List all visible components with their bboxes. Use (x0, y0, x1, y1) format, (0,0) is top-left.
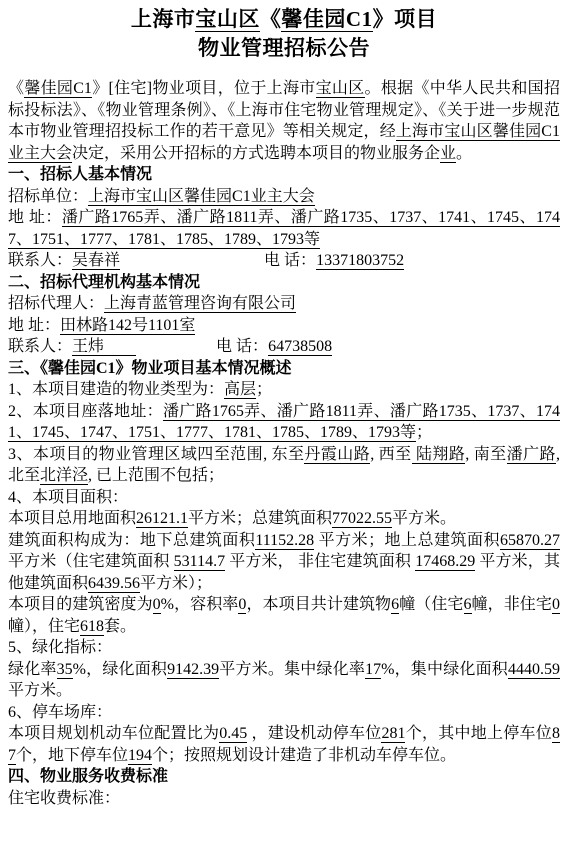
text-run: 3、本项目的物业管理区域四至范围, 东至 (8, 446, 304, 463)
text-run: 上海市 (131, 7, 196, 31)
document-title: 上海市宝山区《馨佳园C1》项目 物业管理招标公告 (8, 5, 560, 63)
paragraph: 5、绿化指标： (8, 637, 560, 659)
text-run: 建筑面积构成为：地下总建筑面积 (8, 532, 255, 549)
underlined-blank: 53114.7 (174, 553, 225, 571)
text-run: 住宅收费标准： (8, 790, 120, 807)
text-run: 招标单位： (8, 188, 88, 205)
paragraph: 本项目规划机动车位配置比为0.45 ，建设机动停车位281个，其中地上停车位87… (8, 723, 560, 766)
underlined-blank: 王炜 (72, 338, 136, 356)
underlined-blank: 吴春祥 (72, 252, 120, 270)
underlined-blank: 陆翔路 (412, 446, 466, 464)
underlined-blank: 潘广路 (507, 446, 556, 464)
text-run: 地 址： (8, 317, 60, 334)
text-run: ； (416, 424, 432, 441)
text-run: 绿化率 (8, 661, 57, 678)
underlined-blank: 6 (391, 596, 399, 614)
underlined-blank: 618 (80, 618, 104, 636)
underlined-blank: 业 (440, 145, 456, 163)
section-heading: 二、招标代理机构基本情况 (8, 272, 560, 294)
underlined-blank: 9142.39 (167, 661, 219, 679)
document-page: 上海市宝山区《馨佳园C1》项目 物业管理招标公告 《馨佳园C1》[住宅]物业项目… (0, 0, 568, 841)
text-run: 1、本项目建造的物业类型为： (8, 381, 224, 398)
paragraph: 招标代理人：上海青蓝管理咨询有限公司 (8, 293, 560, 315)
underlined-blank: 北洋泾 (40, 467, 88, 485)
text-run: 平方米。 (392, 510, 456, 527)
text-run: 平方米；地上总建筑面积 (314, 532, 500, 549)
underlined-blank: 11152.28 (255, 532, 314, 550)
text-run: %，容积率 (161, 596, 239, 613)
text-run: 二、招标代理机构基本情况 (8, 274, 200, 291)
underlined-blank: 上海市宝山区馨佳园C1业主大会 (88, 188, 315, 206)
text-run: 个，其中地上停车 (405, 725, 535, 742)
underlined-blank: 4440.59 (508, 661, 560, 679)
document-title-line1: 上海市宝山区《馨佳园C1》项目 (8, 5, 560, 34)
text-run: 本项目总用地面积 (8, 510, 136, 527)
text-run: , 西至 (370, 446, 411, 463)
text-run (120, 252, 264, 269)
underlined-blank: 64738508 (268, 338, 332, 356)
text-run: %，绿化面积 (73, 661, 168, 678)
underlined-blank: 0 (153, 596, 161, 614)
text-run: 本项目的建筑密度为 (8, 596, 153, 613)
text-run: 联系人： (8, 252, 72, 269)
text-run: 平方米， 非住宅建筑面积 (225, 553, 415, 570)
paragraph: 招标单位：上海市宝山区馨佳园C1业主大会 (8, 186, 560, 208)
text-run: 电 话： (264, 252, 316, 269)
text-run: 决定，采用公开招标的方式选聘本项目的物业服务企 (72, 145, 440, 162)
underlined-blank: 高层 (224, 381, 256, 399)
underlined-blank: 宝山区 (195, 7, 260, 32)
text-run: 。 (456, 145, 472, 162)
paragraph: 住宅收费标准： (8, 788, 560, 810)
text-run: 一、招标人基本情况 (8, 166, 152, 183)
text-run: 物业管理招标公告 (198, 36, 370, 60)
text-run: , 南至 (465, 446, 506, 463)
paragraph: 建筑面积构成为：地下总建筑面积11152.28 平方米；地上总建筑面积65870… (8, 530, 560, 595)
underlined-blank: 17468.29 (415, 553, 475, 571)
paragraph: 绿化率35%，绿化面积9142.39平方米。集中绿化率17%，集中绿化面积444… (8, 659, 560, 702)
underlined-blank: 馨佳园C1 (281, 7, 372, 32)
text-run: 幢（住宅 (399, 596, 463, 613)
paragraph: 地 址：潘广路1765弄、潘广路1811弄、潘广路1735、1737、1741、… (8, 207, 560, 250)
text-run: 位 (536, 725, 552, 742)
paragraph: 联系人：王炜 电 话：64738508 (8, 336, 560, 358)
text-run: 联系人： (8, 338, 72, 355)
text-run (136, 338, 216, 355)
underlined-blank: 上海青蓝管理咨询有限公司 (104, 295, 296, 313)
underlined-blank: 65870.27 (500, 532, 560, 550)
paragraph: 本项目总用地面积26121.1平方米；总建筑面积77022.55平方米。 (8, 508, 560, 530)
text-run: 幢，非住宅 (472, 596, 552, 613)
text-run: 》项目 (373, 7, 438, 31)
paragraph: 本项目的建筑密度为0%，容积率0，本项目共计建筑物6幢（住宅6幢，非住宅0幢），… (8, 594, 560, 637)
text-run: 平方米。 (8, 682, 72, 699)
text-run: 幢），住宅 (8, 618, 80, 635)
text-run: 平方米；总建筑面积 (188, 510, 332, 527)
text-run: 个，地下停车位 (16, 747, 128, 764)
section-heading: 四、物业服务收费标准 (8, 766, 560, 788)
paragraph: 1、本项目建造的物业类型为：高层； (8, 379, 560, 401)
text-run: 平方米）； (140, 575, 212, 592)
underlined-blank: 26121.1 (136, 510, 188, 528)
text-run: 本项目规划机动车位配置比为 (8, 725, 219, 742)
text-run: 套。 (104, 618, 136, 635)
text-run: 平方米。集中绿化率 (219, 661, 365, 678)
underlined-blank: 6439.56 (88, 575, 140, 593)
document-body: 《馨佳园C1》[住宅]物业项目，位于上海市宝山区。根据《中华人民共和国招标投标法… (8, 78, 560, 809)
underlined-blank: 丹霞山路 (304, 446, 370, 464)
text-run: 5、绿化指标： (8, 639, 112, 656)
text-run: ，本项目共计建筑物 (246, 596, 391, 613)
text-run: , 已上范围不包括； (88, 467, 224, 484)
text-run: 》[住宅]物业项目，位于上海市 (92, 80, 316, 97)
underlined-blank: 77022.55 (332, 510, 392, 528)
underlined-blank: 35 (57, 661, 73, 679)
underlined-blank: 潘广路1765弄、潘广路1811弄、潘广路1735、1737、1741、1745… (8, 209, 560, 249)
text-run: 《 (260, 7, 282, 31)
text-run: 个；按照规划设计建造了非机动车停车位。 (152, 747, 456, 764)
text-run: 6、停车场库： (8, 704, 112, 721)
underlined-blank: 17 (365, 661, 381, 679)
paragraph: 联系人：吴春祥 电 话：13371803752 (8, 250, 560, 272)
paragraph: 地 址：田林路142号1101室 (8, 315, 560, 337)
section-heading: 一、招标人基本情况 (8, 164, 560, 186)
text-run: 地 址： (8, 209, 62, 226)
text-run: ； (256, 381, 272, 398)
text-run: 四、物业服务收费标准 (8, 768, 168, 785)
underlined-blank: 田林路142号1101室 (60, 317, 195, 335)
underlined-blank: 宝山区 (316, 80, 365, 98)
underlined-blank: 194 (128, 747, 152, 765)
paragraph: 3、本项目的物业管理区域四至范围, 东至丹霞山路, 西至 陆翔路, 南至潘广路,… (8, 444, 560, 487)
section-heading: 三、《馨佳园C1》物业项目基本情况概述 (8, 358, 560, 380)
underlined-blank: 馨佳园C1 (24, 80, 92, 98)
underlined-blank: 13371803752 (316, 252, 404, 270)
paragraph: 《馨佳园C1》[住宅]物业项目，位于上海市宝山区。根据《中华人民共和国招标投标法… (8, 78, 560, 164)
text-run: ，建设机动停车位 (247, 725, 381, 742)
text-run: 2、本项目座落地址： (8, 403, 163, 420)
text-run: 招标代理人： (8, 295, 104, 312)
paragraph: 2、本项目座落地址：潘广路1765弄、潘广路1811弄、潘广路1735、1737… (8, 401, 560, 444)
underlined-blank: 6 (464, 596, 472, 614)
text-run: 三、《馨佳园C1》物业项目基本情况概述 (8, 360, 292, 377)
underlined-blank: 281 (381, 725, 405, 743)
text-run: 4、本项目面积： (8, 489, 128, 506)
document-title-line2: 物业管理招标公告 (8, 34, 560, 63)
underlined-blank: 0 (552, 596, 560, 614)
text-run: 《 (8, 80, 24, 97)
text-run: %，集中绿化面积 (381, 661, 508, 678)
paragraph: 6、停车场库： (8, 702, 560, 724)
text-run: 电 话： (216, 338, 268, 355)
paragraph: 4、本项目面积： (8, 487, 560, 509)
underlined-blank: 0.45 (219, 725, 247, 743)
